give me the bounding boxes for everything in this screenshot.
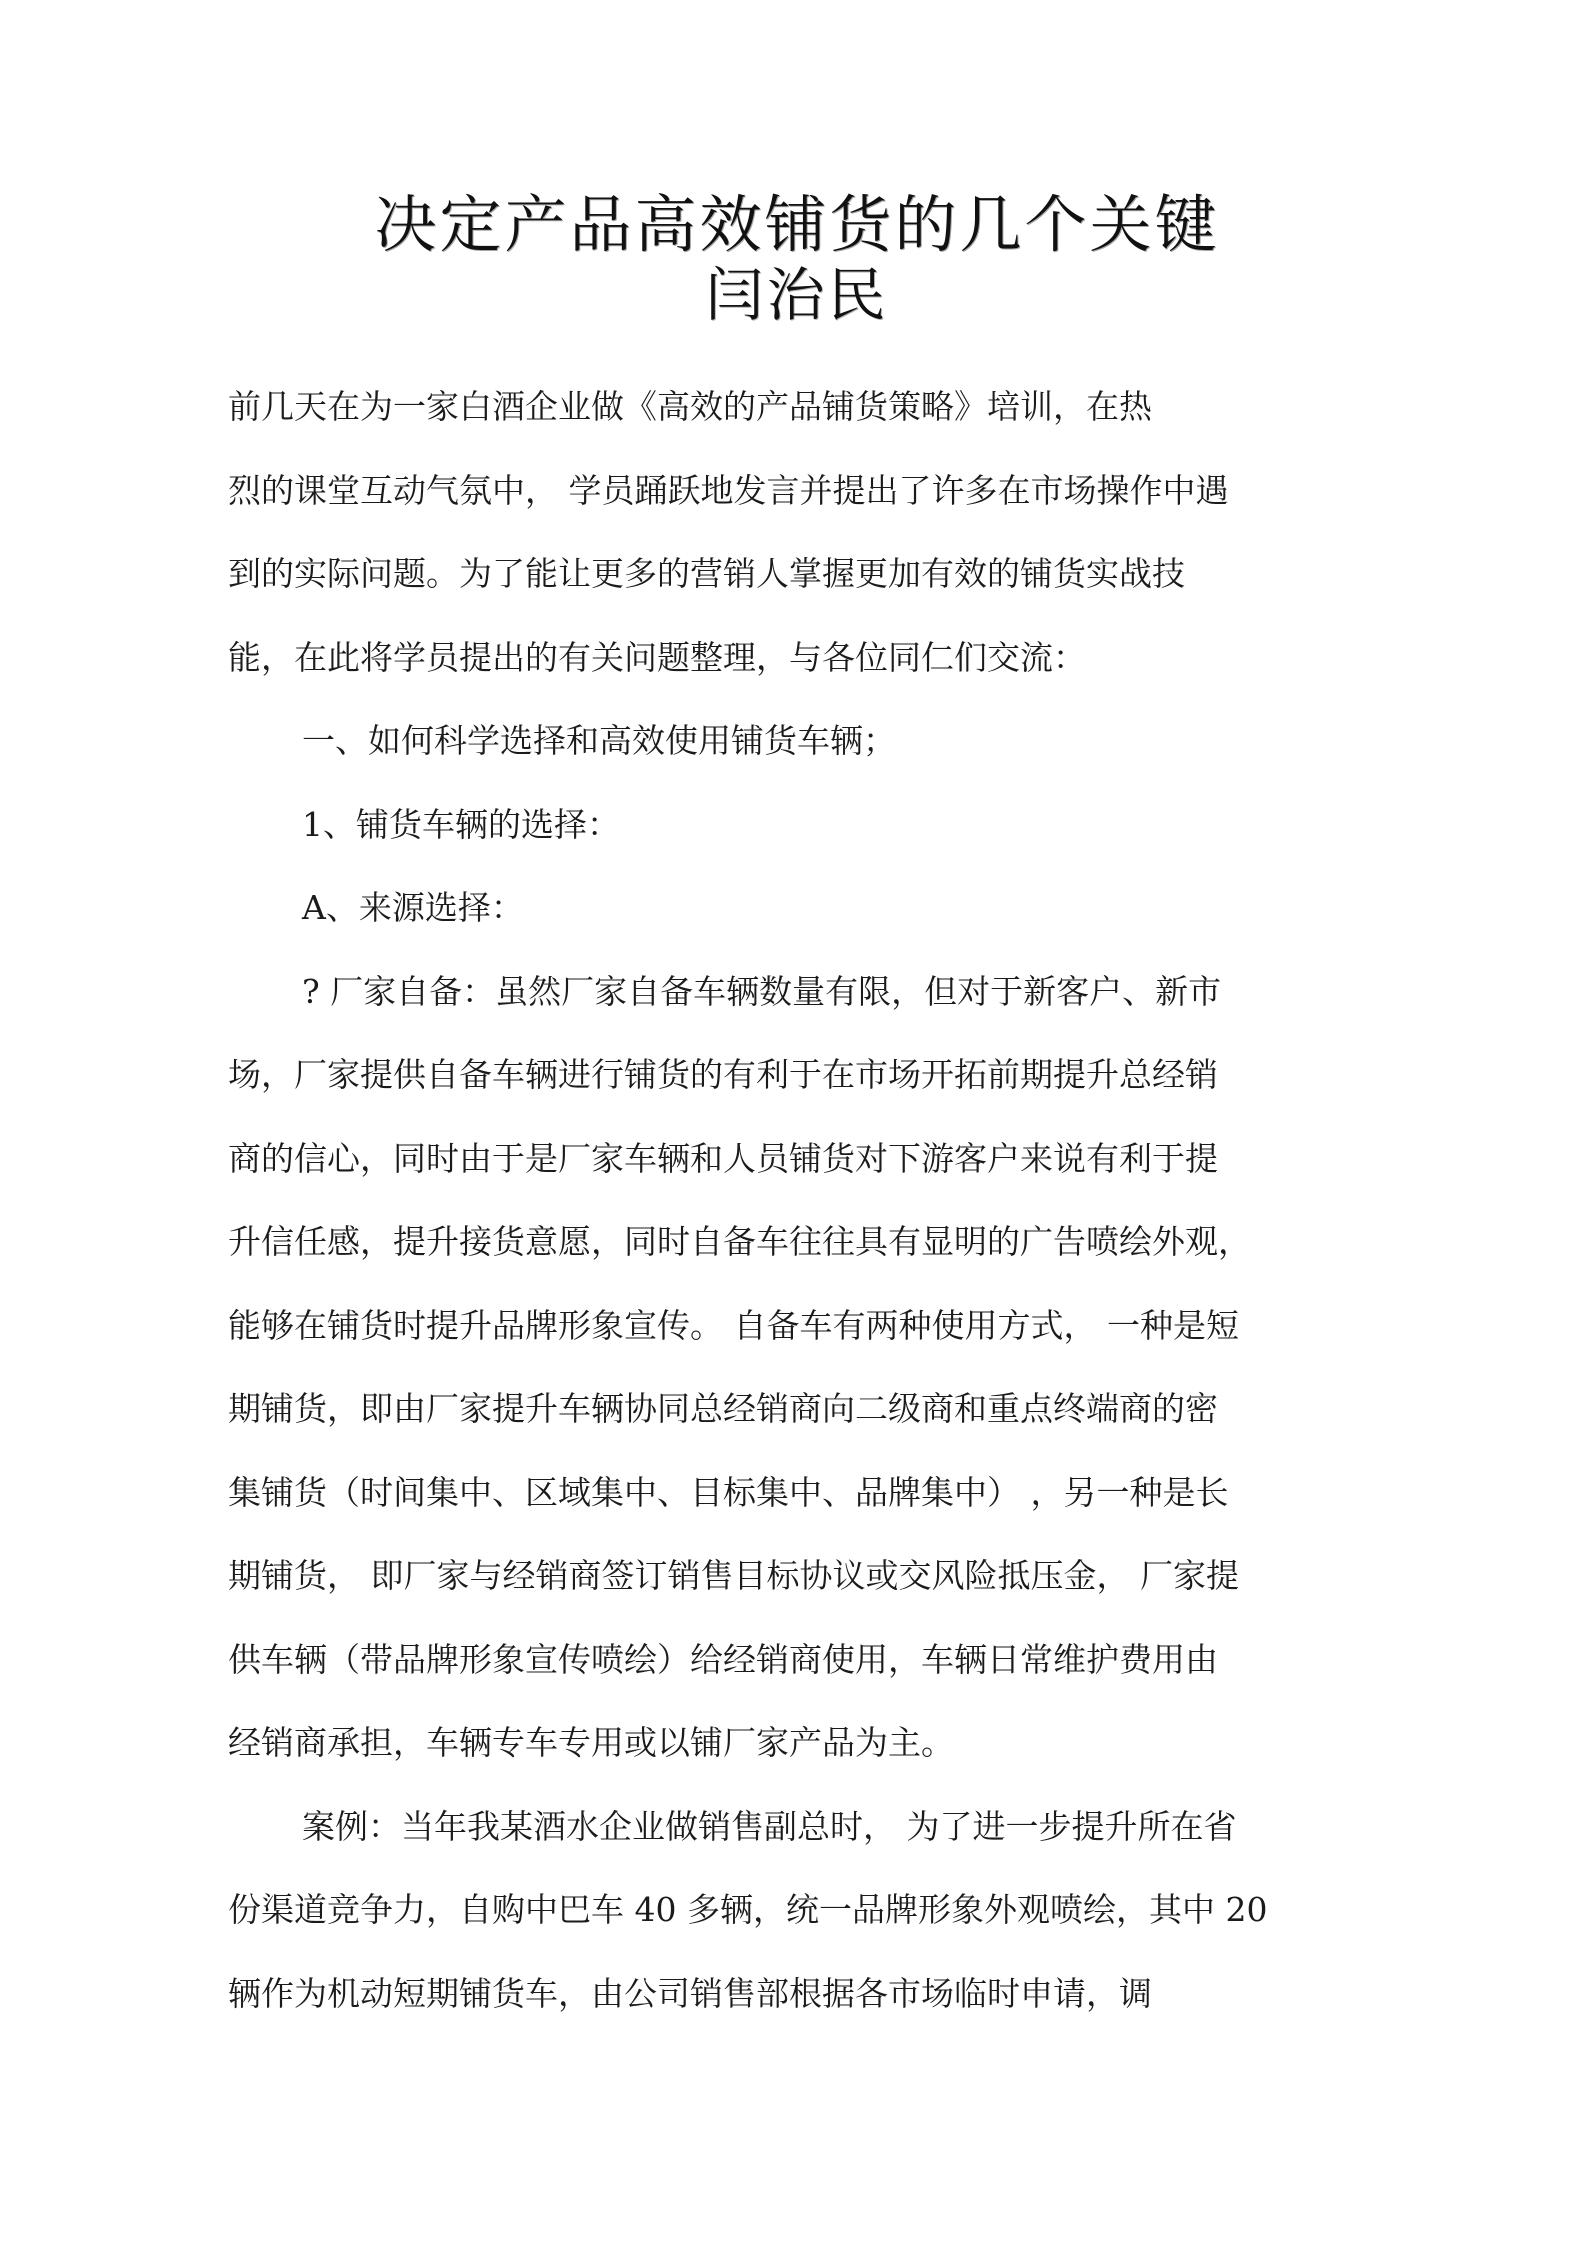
text-line: 升信任感，提升接货意愿，同时自备车往往具有显明的广告喷绘外观， xyxy=(228,1200,1288,1284)
text-line: 商的信心，同时由于是厂家车辆和人员铺货对下游客户来说有利于提 xyxy=(228,1117,1288,1201)
text-line: 经销商承担，车辆专车专用或以铺厂家产品为主。 xyxy=(228,1701,1288,1785)
text-line-case-study: 案例：当年我某酒水企业做销售副总时， 为了进一步提升所在省 xyxy=(228,1785,1288,1869)
text-line: 集铺货（时间集中、区域集中、目标集中、品牌集中） ，另一种是长 xyxy=(228,1451,1288,1535)
text-line: 期铺货，即由厂家提升车辆协同总经销商向二级商和重点终端商的密 xyxy=(228,1367,1288,1451)
text-line: 供车辆（带品牌形象宣传喷绘）给经销商使用，车辆日常维护费用由 xyxy=(228,1618,1288,1702)
author-name: 闫治民 xyxy=(0,264,1594,328)
title-block: 决定产品高效铺货的几个关键 闫治民 xyxy=(0,186,1594,327)
text-line: 份渠道竞争力，自购中巴车 40 多辆，统一品牌形象外观喷绘，其中 20 xyxy=(228,1868,1288,1952)
document-page: 决定产品高效铺货的几个关键 闫治民 前几天在为一家白酒企业做《高效的产品铺货策略… xyxy=(0,0,1594,2256)
text-line: 能，在此将学员提出的有关问题整理，与各位同仁们交流： xyxy=(228,616,1288,700)
text-line: 能够在铺货时提升品牌形象宣传。 自备车有两种使用方式， 一种是短 xyxy=(228,1284,1288,1368)
document-title: 决定产品高效铺货的几个关键 xyxy=(0,186,1594,264)
text-line: 期铺货， 即厂家与经销商签订销售目标协议或交风险抵压金， 厂家提 xyxy=(228,1534,1288,1618)
text-line: 前几天在为一家白酒企业做《高效的产品铺货策略》培训，在热 xyxy=(228,365,1288,449)
text-line-subheading: 1、铺货车辆的选择： xyxy=(228,783,1288,867)
text-line-subheading: A、来源选择： xyxy=(228,866,1288,950)
text-line-section-heading: 一、如何科学选择和高效使用铺货车辆； xyxy=(228,699,1288,783)
text-line: ? 厂家自备：虽然厂家自备车辆数量有限，但对于新客户、新市 xyxy=(228,950,1288,1034)
document-body: 前几天在为一家白酒企业做《高效的产品铺货策略》培训，在热 烈的课堂互动气氛中， … xyxy=(228,365,1288,2035)
text-line: 到的实际问题。为了能让更多的营销人掌握更加有效的铺货实战技 xyxy=(228,532,1288,616)
text-line: 辆作为机动短期铺货车，由公司销售部根据各市场临时申请，调 xyxy=(228,1952,1288,2036)
text-line: 场，厂家提供自备车辆进行铺货的有利于在市场开拓前期提升总经销 xyxy=(228,1033,1288,1117)
text-line: 烈的课堂互动气氛中， 学员踊跃地发言并提出了许多在市场操作中遇 xyxy=(228,449,1288,533)
